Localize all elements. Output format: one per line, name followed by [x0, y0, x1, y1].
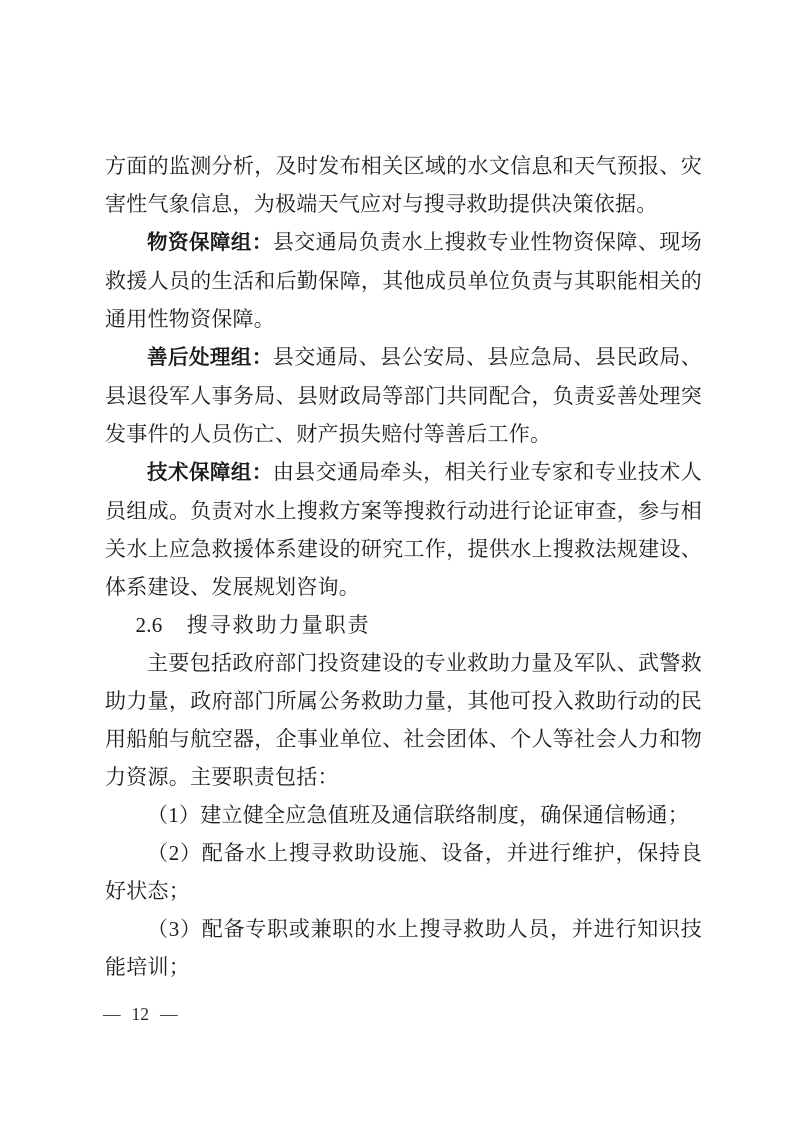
paragraph: 技术保障组：由县交通局牵头，相关行业专家和专业技术人员组成。负责对水上搜救方案等…: [105, 453, 702, 606]
paragraph-label: 善后处理组：: [147, 346, 273, 369]
document-body: 方面的监测分析，及时发布相关区域的水文信息和天气预报、灾害性气象信息，为极端天气…: [105, 147, 702, 986]
paragraph-label: 技术保障组：: [147, 461, 273, 484]
section-heading: 2.6搜寻救助力量职责: [105, 606, 702, 644]
section-title: 搜寻救助力量职责: [187, 613, 371, 637]
paragraph: 善后处理组：县交通局、县公安局、县应急局、县民政局、县退役军人事务局、县财政局等…: [105, 338, 702, 453]
page-number: 12: [132, 1003, 150, 1025]
document-page: 方面的监测分析，及时发布相关区域的水文信息和天气预报、灾害性气象信息，为极端天气…: [0, 0, 793, 1122]
paragraph: 方面的监测分析，及时发布相关区域的水文信息和天气预报、灾害性气象信息，为极端天气…: [105, 147, 702, 223]
paragraph: （3）配备专职或兼职的水上搜寻救助人员，并进行知识技能培训；: [105, 910, 702, 986]
footer-left-dash: —: [103, 1003, 121, 1025]
paragraph: （2）配备水上搜寻救助设施、设备，并进行维护，保持良好状态；: [105, 834, 702, 910]
paragraph: 主要包括政府部门投资建设的专业救助力量及军队、武警救助力量，政府部门所属公务救助…: [105, 644, 702, 796]
paragraph-label: 物资保障组：: [147, 231, 273, 254]
page-footer: — 12 —: [103, 1003, 178, 1025]
section-number: 2.6: [135, 613, 162, 637]
footer-right-dash: —: [160, 1003, 178, 1025]
paragraph: （1）建立健全应急值班及通信联络制度，确保通信畅通；: [105, 796, 702, 834]
paragraph: 物资保障组：县交通局负责水上搜救专业性物资保障、现场救援人员的生活和后勤保障，其…: [105, 223, 702, 338]
